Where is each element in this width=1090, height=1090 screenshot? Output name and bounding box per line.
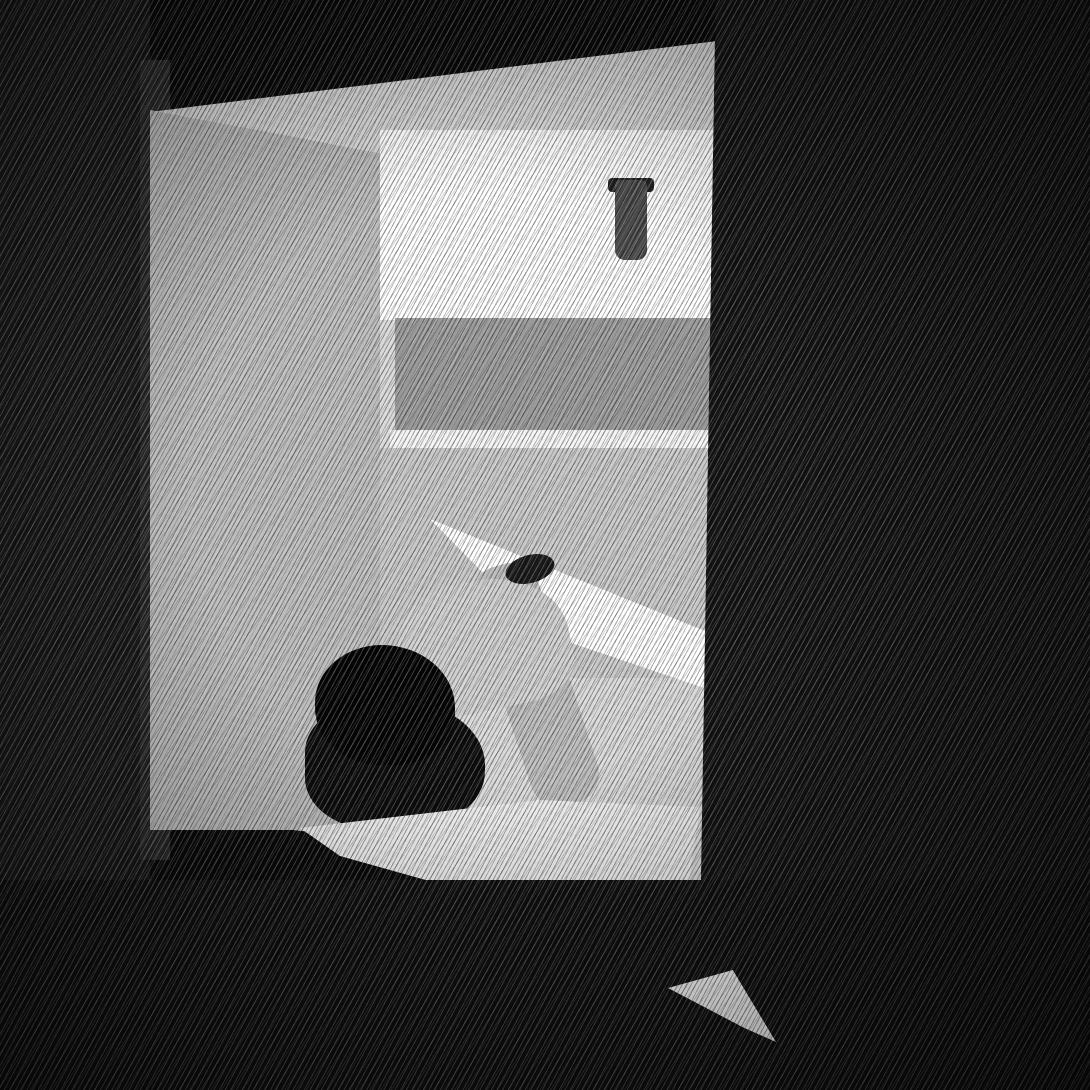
balcony-wall (395, 318, 715, 433)
sketch-scene: View through a dark doorway into a brigh… (0, 0, 1090, 1090)
wall-lamp (615, 180, 647, 260)
foreground-floor (0, 880, 1090, 1090)
person-head (315, 645, 455, 765)
window (380, 130, 725, 320)
balcony-ledge (390, 430, 710, 448)
